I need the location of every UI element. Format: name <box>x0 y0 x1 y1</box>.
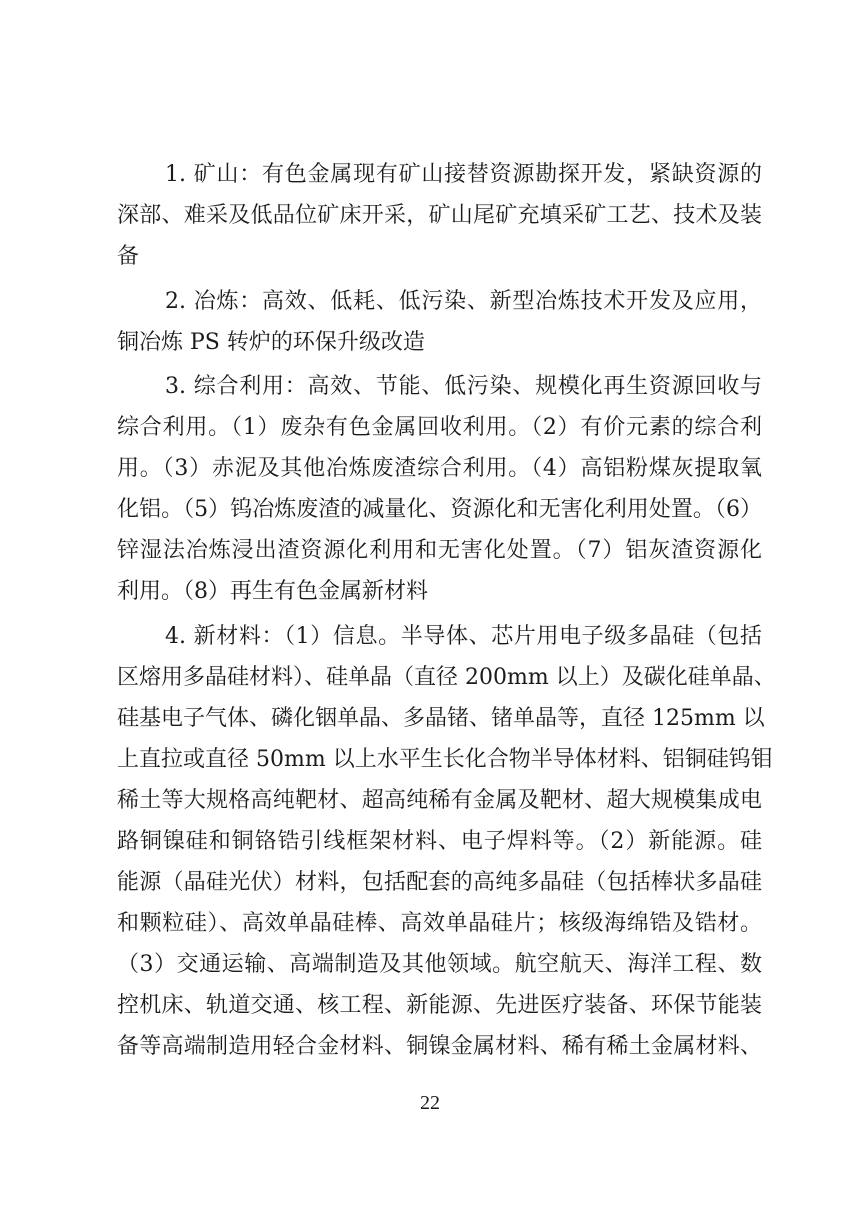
text-line: 备 <box>117 237 762 277</box>
text-line: 区熔用多晶硅材料）、硅单晶（直径 200mm 以上）及碳化硅单晶、 <box>117 658 762 698</box>
text-line: 锌湿法冶炼浸出渣资源化利用和无害化处置。（7）铝灰渣资源化 <box>117 531 762 571</box>
paragraph-first-line: 4. 新材料：（1）信息。半导体、芯片用电子级多晶硅（包括 <box>165 617 762 657</box>
paragraph-first-line: 2. 冶炼：高效、低耗、低污染、新型冶炼技术开发及应用， <box>165 282 762 322</box>
text-line: 备等高端制造用轻合金材料、铜镍金属材料、稀有稀土金属材料、 <box>117 1027 762 1067</box>
text-line: 和颗粒硅）、高效单晶硅棒、高效单晶硅片；核级海绵锆及锆材。 <box>117 904 762 944</box>
text-line: 控机床、轨道交通、核工程、新能源、先进医疗装备、环保节能装 <box>117 986 762 1026</box>
text-line: 化铝。（5）钨冶炼废渣的减量化、资源化和无害化利用处置。（6） <box>117 490 762 530</box>
paragraph-first-line: 3. 综合利用：高效、节能、低污染、规模化再生资源回收与 <box>165 367 762 407</box>
text-line: 稀土等大规格高纯靶材、超高纯稀有金属及靶材、超大规模集成电 <box>117 781 762 821</box>
page-number: 22 <box>0 1088 860 1118</box>
paragraph-first-line: 1. 矿山：有色金属现有矿山接替资源勘探开发，紧缺资源的 <box>165 155 762 195</box>
text-line: 铜冶炼 PS 转炉的环保升级改造 <box>117 323 762 363</box>
document-page: 1. 矿山：有色金属现有矿山接替资源勘探开发，紧缺资源的深部、难采及低品位矿床开… <box>0 0 860 1216</box>
text-line: 能源（晶硅光伏）材料，包括配套的高纯多晶硅（包括棒状多晶硅 <box>117 863 762 903</box>
text-line: 用。（3）赤泥及其他冶炼废渣综合利用。（4）高铝粉煤灰提取氧 <box>117 449 762 489</box>
text-line: 上直拉或直径 50mm 以上水平生长化合物半导体材料、铝铜硅钨钼 <box>117 740 762 780</box>
text-line: 利用。（8）再生有色金属新材料 <box>117 572 762 612</box>
text-line: 深部、难采及低品位矿床开采，矿山尾矿充填采矿工艺、技术及装 <box>117 196 762 236</box>
text-line: 综合利用。（1）废杂有色金属回收利用。（2）有价元素的综合利 <box>117 408 762 448</box>
text-line: （3）交通运输、高端制造及其他领域。航空航天、海洋工程、数 <box>117 945 762 985</box>
text-line: 路铜镍硅和铜铬锆引线框架材料、电子焊料等。（2）新能源。硅 <box>117 822 762 862</box>
text-line: 硅基电子气体、磷化铟单晶、多晶锗、锗单晶等，直径 125mm 以 <box>117 699 762 739</box>
